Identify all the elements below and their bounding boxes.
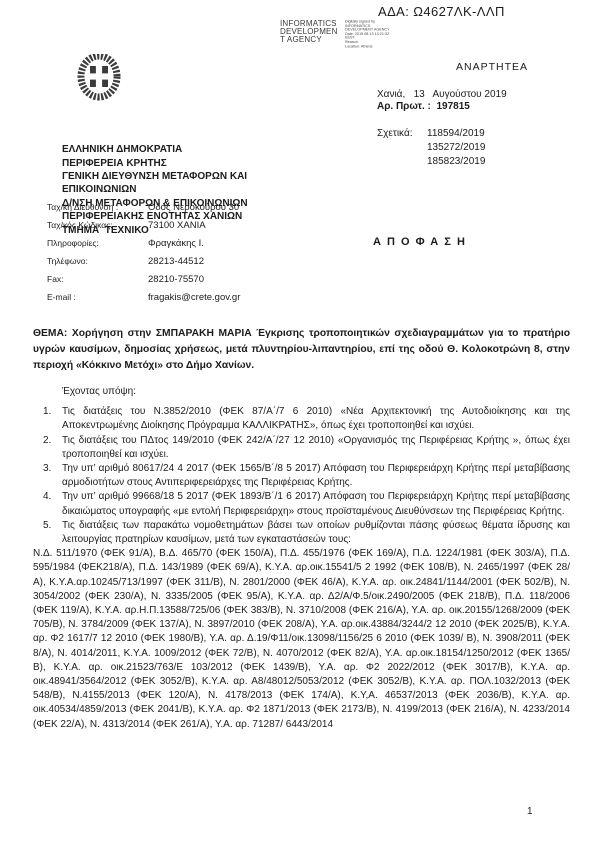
legal-basis-list: 1. Τις διατάξεις του Ν.3852/2010 (ΦΕΚ 87… bbox=[33, 405, 570, 547]
contact-label: E-mail : bbox=[47, 292, 148, 302]
contact-row: Τηλέφωνο: 28213-44512 bbox=[47, 256, 240, 274]
contact-row: E-mail : fragakis@crete.gov.gr bbox=[47, 292, 240, 310]
authority-line: ΕΠΙΚΟΙΝΩΝΙΩΝ bbox=[62, 183, 248, 196]
item-number: 4. bbox=[33, 490, 62, 518]
legal-basis-item: 4. Την υπ’ αριθμό 99668/18 5 2017 (ΦΕΚ 1… bbox=[33, 490, 570, 518]
anartitea-label: ΑΝΑΡΤΗΤΕΑ bbox=[456, 61, 528, 73]
legal-basis-item: 3. Την υπ’ αριθμό 80617/24 4 2017 (ΦΕΚ 1… bbox=[33, 462, 570, 490]
item-text: Τις διατάξεις του Ν.3852/2010 (ΦΕΚ 87/Α΄… bbox=[62, 405, 570, 433]
contact-value: Οδός Νεροκούρου 30 bbox=[148, 202, 239, 213]
contact-label: Ταχ/κός Κώδικας: bbox=[47, 220, 148, 230]
contact-label: Fax: bbox=[47, 274, 148, 284]
related-numbers: 118594/2019135272/2019185823/2019 bbox=[427, 127, 485, 169]
related-number: 135272/2019 bbox=[427, 141, 485, 155]
stamp-agency-line: T AGENCY bbox=[280, 36, 338, 44]
contact-row: Πληροφορίες: Φραγκάκης Ι. bbox=[47, 238, 240, 256]
item-text: Τις διατάξεις των παρακάτω νομοθετημάτων… bbox=[62, 519, 570, 547]
contact-row: Ταχ/κή Διεύθυνση : Οδός Νεροκούρου 30 bbox=[47, 202, 240, 220]
authority-line: ΠΕΡΙΦΕΡΕΙΑ ΚΡΗΤΗΣ bbox=[62, 157, 248, 170]
document-page: ΑΔΑ: Ω4627ΛΚ-ΛΛΠ INFORMATICSDEVELOPMENT … bbox=[0, 0, 595, 842]
having-regard-line: Έχοντας υπόψη: bbox=[62, 385, 570, 399]
greek-coat-of-arms-icon bbox=[74, 54, 124, 106]
item-text: Την υπ’ αριθμό 99668/18 5 2017 (ΦΕΚ 1893… bbox=[62, 490, 570, 518]
ada-code: ΑΔΑ: Ω4627ΛΚ-ΛΛΠ bbox=[378, 4, 505, 19]
contact-value: 73100 ΧΑΝΙΑ bbox=[148, 220, 206, 231]
contact-info-block: Ταχ/κή Διεύθυνση : Οδός Νεροκούρου 30 Τα… bbox=[47, 202, 240, 310]
legal-basis-item: 5. Τις διατάξεις των παρακάτω νομοθετημά… bbox=[33, 519, 570, 547]
related-label: Σχετικά: bbox=[377, 127, 427, 169]
related-documents: Σχετικά: 118594/2019135272/2019185823/20… bbox=[377, 127, 485, 169]
protocol-number: Αρ. Πρωτ. : 197815 bbox=[377, 101, 470, 112]
document-body: ΘΕΜΑ: Χορήγηση στην ΣΜΠΑΡΑΚΗ ΜΑΡΙΑ Έγκρι… bbox=[33, 326, 570, 732]
stamp-signature-details: Digitally signed byINFORMATICSDEVELOPMEN… bbox=[345, 20, 438, 49]
contact-label: Ταχ/κή Διεύθυνση : bbox=[47, 202, 148, 212]
contact-value: Φραγκάκης Ι. bbox=[148, 238, 204, 249]
stamp-detail-line: Location: Athens bbox=[345, 45, 438, 49]
digital-signature-stamp: INFORMATICSDEVELOPMENT AGENCY Digitally … bbox=[280, 20, 495, 66]
authority-line: ΕΛΛΗΝΙΚΗ ΔΗΜΟΚΡΑΤΙΑ bbox=[62, 143, 248, 156]
item-number: 1. bbox=[33, 405, 62, 433]
fek-references-paragraph: Ν.Δ. 511/1970 (ΦΕΚ 91/Α), Β.Δ. 465/70 (Φ… bbox=[33, 547, 570, 732]
contact-label: Τηλέφωνο: bbox=[47, 256, 148, 266]
legal-basis-item: 2. Τις διατάξεις του ΠΔτος 149/2010 (ΦΕΚ… bbox=[33, 434, 570, 462]
page-number: 1 bbox=[527, 806, 533, 817]
authority-line: ΓΕΝΙΚΗ ΔΙΕΥΘΥΝΣΗ ΜΕΤΑΦΟΡΩΝ ΚΑΙ bbox=[62, 170, 248, 183]
legal-basis-item: 1. Τις διατάξεις του Ν.3852/2010 (ΦΕΚ 87… bbox=[33, 405, 570, 433]
subject-paragraph: ΘΕΜΑ: Χορήγηση στην ΣΜΠΑΡΑΚΗ ΜΑΡΙΑ Έγκρι… bbox=[33, 326, 570, 374]
contact-value: 28210-75570 bbox=[148, 274, 204, 285]
contact-label: Πληροφορίες: bbox=[47, 238, 148, 248]
contact-row: Fax: 28210-75570 bbox=[47, 274, 240, 292]
contact-value: 28213-44512 bbox=[148, 256, 204, 267]
item-number: 5. bbox=[33, 519, 62, 547]
item-text: Την υπ’ αριθμό 80617/24 4 2017 (ΦΕΚ 1565… bbox=[62, 462, 570, 490]
item-number: 2. bbox=[33, 434, 62, 462]
place-and-date: Χανιά, 13 Αυγούστου 2019 bbox=[377, 89, 507, 100]
decision-heading: Α Π Ο Φ Α Σ Η bbox=[373, 236, 466, 248]
stamp-agency-name: INFORMATICSDEVELOPMENT AGENCY bbox=[280, 20, 338, 66]
item-text: Τις διατάξεις του ΠΔτος 149/2010 (ΦΕΚ 24… bbox=[62, 434, 570, 462]
contact-value: fragakis@crete.gov.gr bbox=[148, 292, 240, 303]
contact-row: Ταχ/κός Κώδικας: 73100 ΧΑΝΙΑ bbox=[47, 220, 240, 238]
item-number: 3. bbox=[33, 462, 62, 490]
related-number: 185823/2019 bbox=[427, 155, 485, 169]
related-number: 118594/2019 bbox=[427, 127, 485, 141]
